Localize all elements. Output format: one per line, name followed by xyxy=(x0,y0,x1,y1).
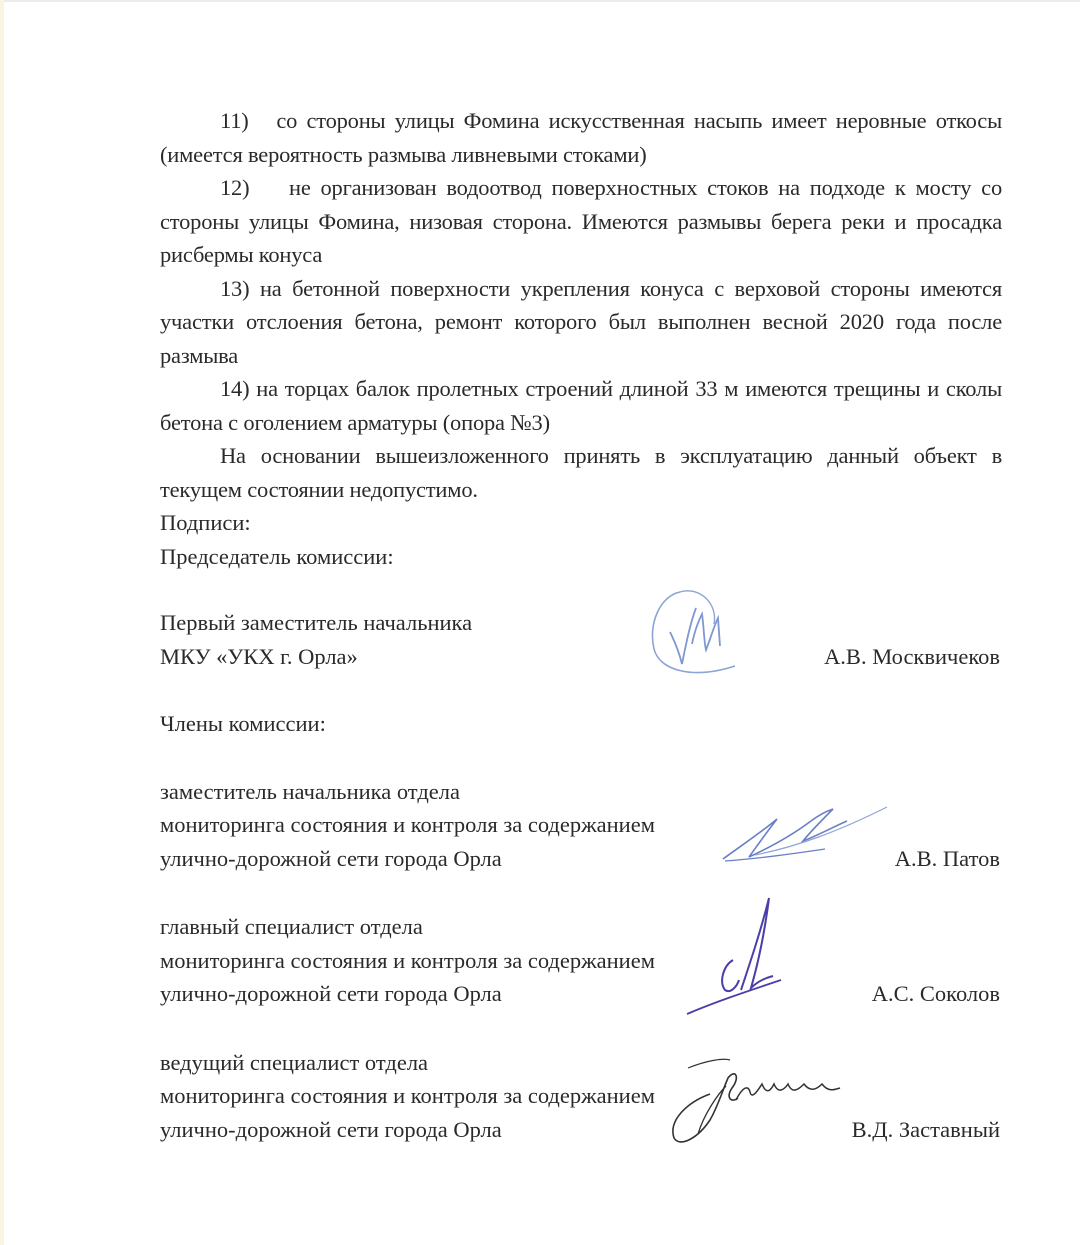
document-body: 11) со стороны улицы Фомина искусственна… xyxy=(160,104,1002,1146)
member-signature-block-sokolov: главный специалист отдела мониторинга со… xyxy=(160,910,1002,1011)
item-text: на бетонной поверхности укрепления конус… xyxy=(160,276,1002,368)
item-number: 14) xyxy=(220,376,249,401)
zastavny-signature-icon xyxy=(658,1054,848,1149)
member-position-line-2: мониторинга состояния и контроля за соде… xyxy=(160,1079,1002,1113)
member-signature-block-zastavny: ведущий специалист отдела мониторинга со… xyxy=(160,1046,1002,1147)
list-item-12: 12) не организован водоотвод поверхностн… xyxy=(160,171,1002,272)
chairman-position-line-1: Первый заместитель начальника xyxy=(160,606,1002,640)
member-position-line-2: мониторинга состояния и контроля за соде… xyxy=(160,944,1002,978)
item-text: на торцах балок пролетных строений длино… xyxy=(160,376,1002,435)
conclusion-text: На основании вышеизложенного принять в э… xyxy=(160,439,1002,506)
chairman-name: А.В. Москвичеков xyxy=(824,640,1000,674)
page-top-edge xyxy=(0,0,1080,2)
member-name-sokolov: А.С. Соколов xyxy=(872,977,1000,1011)
members-label: Члены комиссии: xyxy=(160,707,1002,741)
page-left-edge xyxy=(0,0,4,1245)
list-item-11: 11) со стороны улицы Фомина искусственна… xyxy=(160,104,1002,171)
signatures-label: Подписи: xyxy=(160,506,1002,540)
chairman-label: Председатель комиссии: xyxy=(160,540,1002,574)
list-item-13: 13) на бетонной поверхности укрепления к… xyxy=(160,272,1002,373)
item-number: 13) xyxy=(220,276,249,301)
member-position-line-1: ведущий специалист отдела xyxy=(160,1046,1002,1080)
list-item-14: 14) на торцах балок пролетных строений д… xyxy=(160,372,1002,439)
patov-signature-icon xyxy=(715,797,895,872)
item-number: 11) xyxy=(220,108,249,133)
item-text: не организован водоотвод поверхностных с… xyxy=(160,175,1002,267)
member-position-line-1: главный специалист отдела xyxy=(160,910,1002,944)
item-number: 12) xyxy=(220,175,249,200)
member-name-patov: А.В. Патов xyxy=(895,842,1000,876)
chairman-signature-icon xyxy=(640,584,750,684)
item-text: со стороны улицы Фомина искусственная на… xyxy=(160,108,1002,167)
sokolov-signature-icon xyxy=(685,890,805,1020)
member-signature-block-patov: заместитель начальника отдела мониторинг… xyxy=(160,775,1002,876)
member-name-zastavny: В.Д. Заставный xyxy=(852,1113,1000,1147)
chairman-signature-block: Первый заместитель начальника МКУ «УКХ г… xyxy=(160,606,1002,673)
